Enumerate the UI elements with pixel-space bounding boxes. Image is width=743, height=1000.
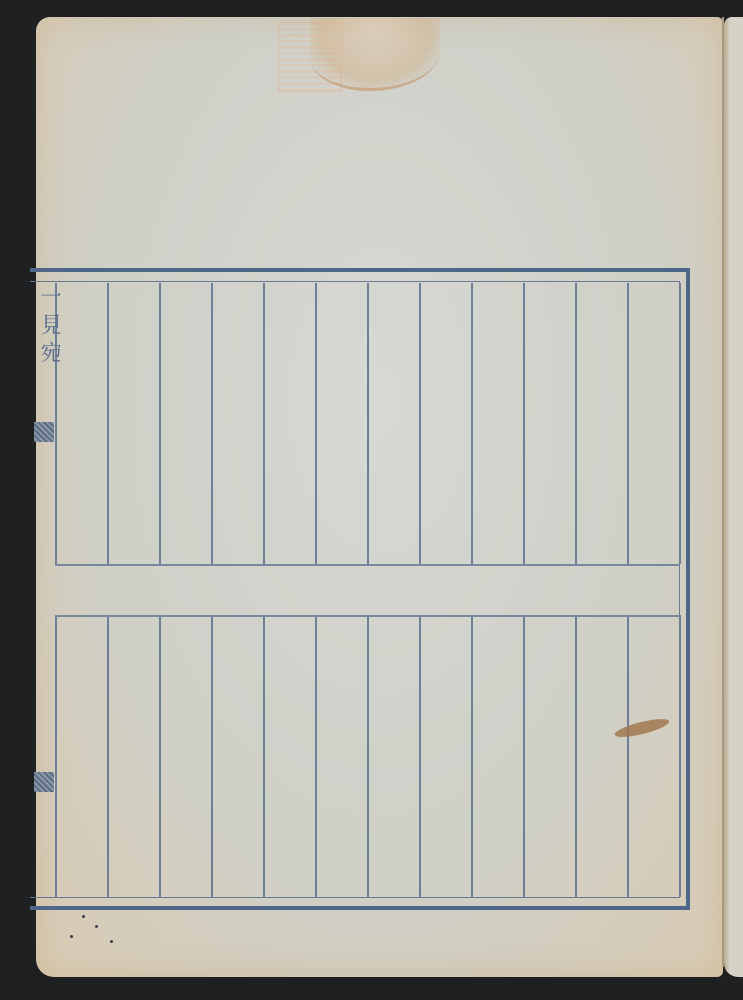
column-rule	[107, 283, 109, 564]
page-fold	[722, 17, 724, 967]
column-rule	[367, 615, 369, 897]
ink-speckle	[70, 935, 73, 938]
column-rule	[679, 283, 681, 564]
column-rule	[471, 283, 473, 564]
edge-characters: 一見宛	[32, 285, 60, 415]
column-rule	[419, 283, 421, 564]
column-rule	[679, 615, 681, 897]
column-rule	[575, 283, 577, 564]
column-rule	[523, 283, 525, 564]
column-rule	[263, 615, 265, 897]
ink-speckle	[82, 915, 85, 918]
column-rule	[419, 615, 421, 897]
column-rule	[159, 283, 161, 564]
column-rule	[575, 615, 577, 897]
edge-block-upper	[34, 422, 54, 442]
column-rule	[471, 615, 473, 897]
column-rule	[315, 615, 317, 897]
column-rule	[627, 283, 629, 564]
ink-speckle	[95, 925, 98, 928]
adjacent-page	[724, 17, 743, 977]
column-rule	[523, 615, 525, 897]
column-rule	[627, 615, 629, 897]
ink-speckle	[110, 940, 113, 943]
edge-block-lower	[34, 772, 54, 792]
column-rule	[107, 615, 109, 897]
column-rule	[211, 615, 213, 897]
column-rule	[55, 615, 57, 897]
center-band	[55, 564, 679, 616]
column-rule	[367, 283, 369, 564]
column-rule	[159, 615, 161, 897]
column-rule	[315, 283, 317, 564]
column-rule	[263, 283, 265, 564]
column-rule	[211, 283, 213, 564]
